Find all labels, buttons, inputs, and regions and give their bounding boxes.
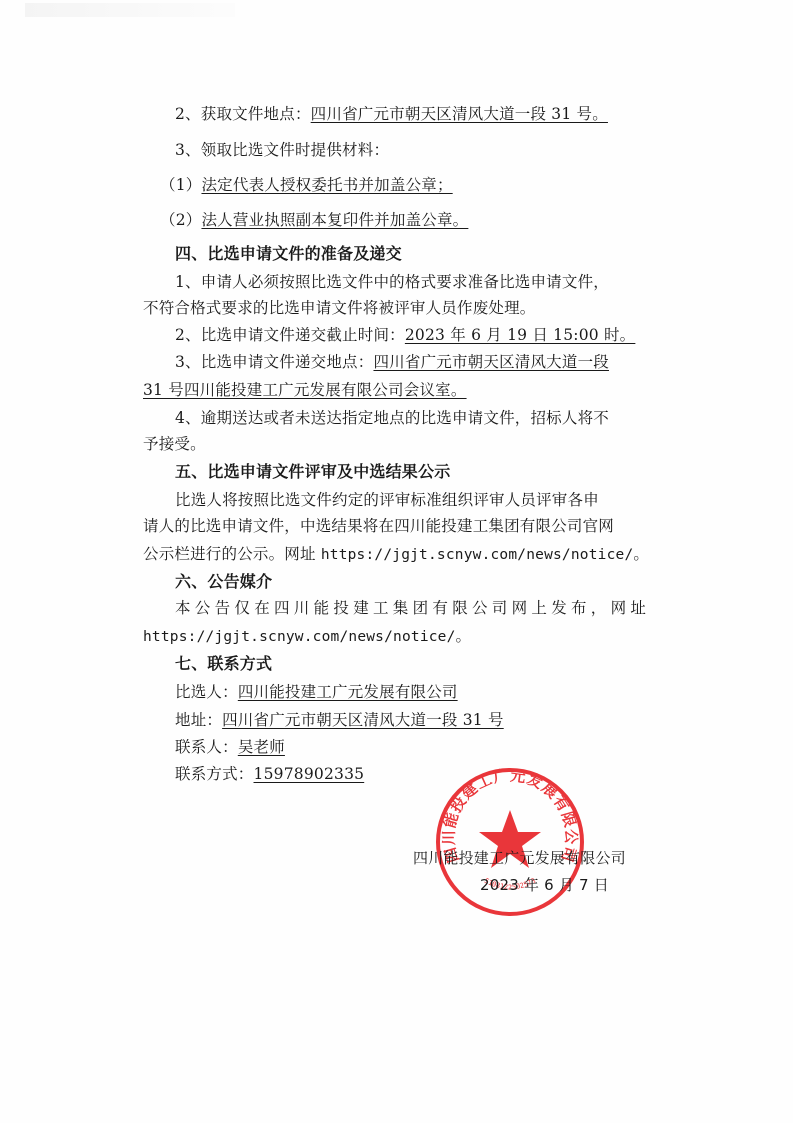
contact-person: 联系人：吴老师 xyxy=(175,736,285,758)
media-url-link[interactable]: https://jgjt.scnyw.com/news/notice/ xyxy=(143,629,456,645)
section-4-deadline: 2、比选申请文件递交截止时间：2023 年 6 月 19 日 15:00 时。 xyxy=(175,324,635,346)
item-2-location: 2、获取文件地点：四川省广元市朝天区清风大道一段 31 号。 xyxy=(175,103,608,125)
notice-url-link[interactable]: https://jgjt.scnyw.com/news/notice/ xyxy=(321,547,634,563)
document-page: 2、获取文件地点：四川省广元市朝天区清风大道一段 31 号。 3、领取比选文件时… xyxy=(0,0,793,1123)
deadline-value: 2023 年 6 月 19 日 15:00 时。 xyxy=(405,326,636,344)
section-6-heading: 六、公告媒介 xyxy=(175,571,272,593)
contact-phone: 联系方式：15978902335 xyxy=(175,763,364,785)
signature-company: 四川能投建工广元发展有限公司 xyxy=(413,847,626,869)
section-5-line2: 请人的比选申请文件，中选结果将在四川能投建工集团有限公司官网 xyxy=(143,515,614,537)
signature-date: 2023 年 6 月 7 日 xyxy=(480,874,609,896)
section-4-p1-line1: 1、申请人必须按照比选文件中的格式要求准备比选申请文件， xyxy=(175,271,655,293)
scan-artifact xyxy=(25,3,235,17)
section-4-venue-line2: 31 号四川能投建工广元发展有限公司会议室。 xyxy=(143,379,467,401)
section-7-heading: 七、联系方式 xyxy=(175,653,272,675)
material-1: （1）法定代表人授权委托书并加盖公章； xyxy=(160,174,453,196)
section-6-line1: 本公告仅在四川能投建工集团有限公司网上发布，网址 xyxy=(175,597,650,619)
location-value: 四川省广元市朝天区清风大道一段 31 号。 xyxy=(311,105,608,123)
section-6-line2: https://jgjt.scnyw.com/news/notice/。 xyxy=(143,625,471,648)
section-5-heading: 五、比选申请文件评审及中选结果公示 xyxy=(175,461,450,483)
contact-selector: 比选人：四川能投建工广元发展有限公司 xyxy=(175,681,458,703)
material-2: （2）法人营业执照副本复印件并加盖公章。 xyxy=(160,209,468,231)
section-4-p4-line1: 4、逾期送达或者未送达指定地点的比选申请文件，招标人将不 xyxy=(175,407,609,429)
section-5-line1: 比选人将按照比选文件约定的评审标准组织评审人员评审各申 xyxy=(175,489,599,511)
item-3-materials: 3、领取比选文件时提供材料： xyxy=(175,139,389,161)
section-4-p4-line2: 予接受。 xyxy=(143,433,206,455)
section-5-line3: 公示栏进行的公示。网址 https://jgjt.scnyw.com/news/… xyxy=(143,543,649,566)
section-4-venue-line1: 3、比选申请文件递交地点：四川省广元市朝天区清风大道一段 xyxy=(175,351,609,373)
contact-address: 地址：四川省广元市朝天区清风大道一段 31 号 xyxy=(175,709,504,731)
section-4-heading: 四、比选申请文件的准备及递交 xyxy=(175,243,402,265)
section-4-p1-line2: 不符合格式要求的比选申请文件将被评审人员作废处理。 xyxy=(143,297,536,319)
